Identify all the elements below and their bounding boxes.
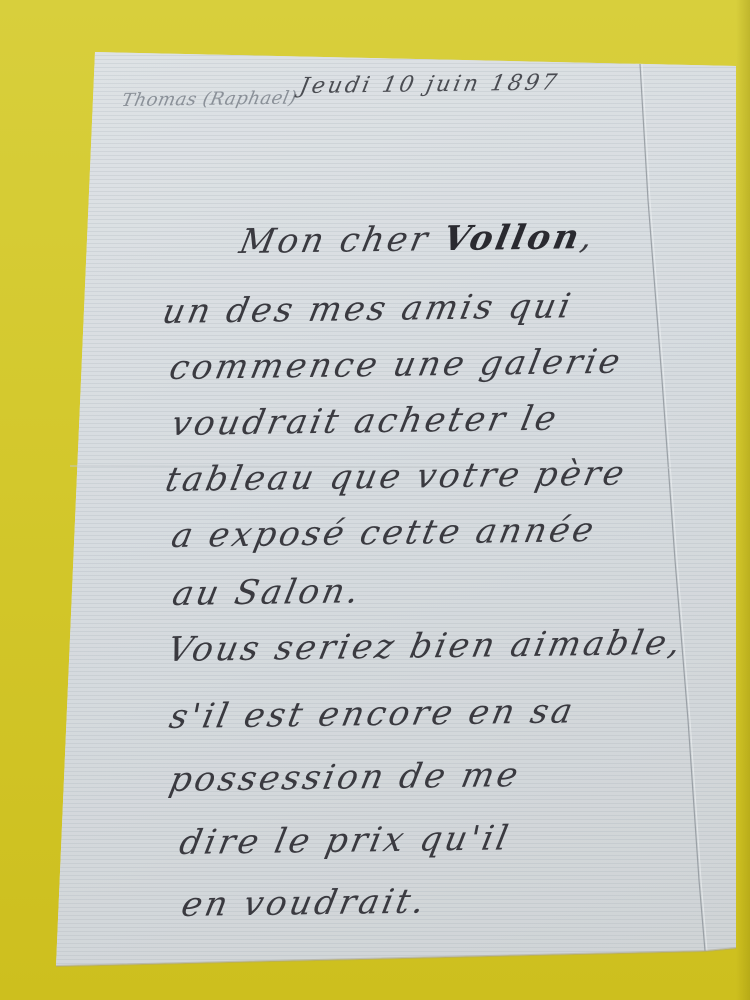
letter-date: Jeudi 10 juin 1897: [298, 70, 562, 99]
letter-line: voudrait acheter le: [168, 399, 562, 444]
salutation: Mon cher Vollon,: [236, 217, 599, 262]
letter-line: dire le prix qu'il: [176, 818, 514, 863]
letter-content: Thomas (Raphael) Jeudi 10 juin 1897 Mon …: [0, 0, 750, 1000]
letter-line: en voudrait.: [178, 882, 431, 925]
letter-line: commence une galerie: [166, 342, 626, 388]
recipient-name: Vollon: [440, 217, 586, 259]
letter-line: possession de me: [166, 755, 524, 800]
letter-line: Vous seriez bien aimable,: [164, 623, 687, 670]
letter-line: a exposé cette année: [168, 510, 600, 556]
letter-line: tableau que votre père: [162, 454, 630, 500]
letter-line: au Salon.: [169, 571, 365, 614]
letter-line: un des mes amis qui: [159, 286, 577, 332]
archival-pencil-note: Thomas (Raphael): [120, 88, 299, 111]
salutation-prefix: Mon cher: [236, 219, 434, 262]
letter-line: s'il est encore en sa: [166, 691, 579, 737]
